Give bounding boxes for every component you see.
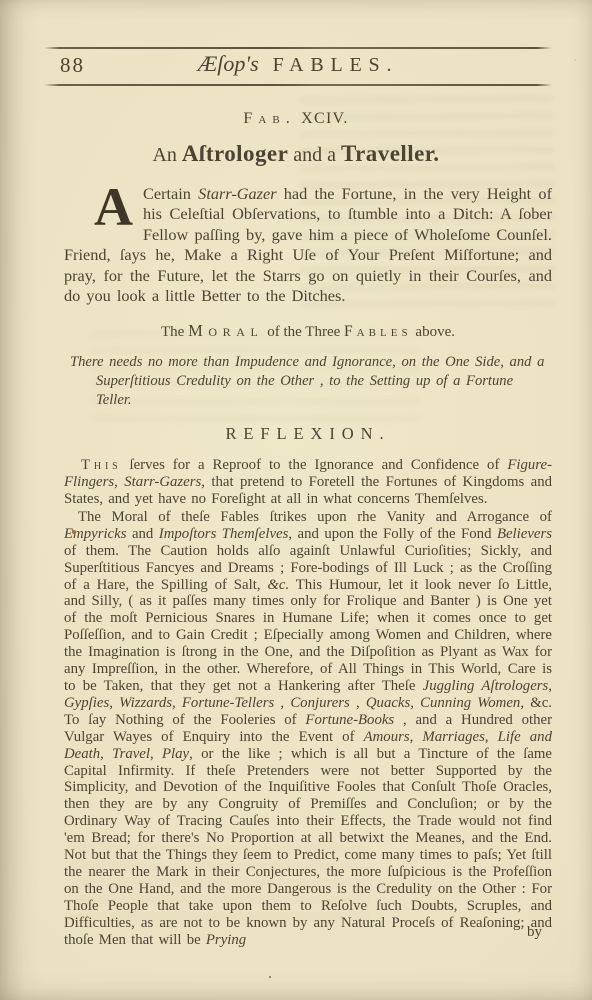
- reflexion-paragraph-2: The Moral of theſe Fables ſtrikes upon r…: [64, 509, 552, 949]
- header-rule-top: [44, 47, 552, 49]
- drop-cap-letter: A: [64, 184, 143, 228]
- fable-paragraph: ACertain Starr-Gazer had the Fortune, in…: [64, 184, 552, 306]
- reflexion-paragraph-1: This ſerves for a Reproof to the Ignoran…: [64, 457, 552, 508]
- running-title: Æſop's FABLES.: [44, 51, 552, 77]
- text-column: ACertain Starr-Gazer had the Fortune, in…: [64, 184, 552, 949]
- catchword: by: [527, 924, 542, 941]
- running-title-name: Æſop's: [198, 51, 259, 76]
- running-header: 88 Æſop's FABLES.: [44, 50, 552, 81]
- fable-title: An Aſtrologer and a Traveller.: [0, 141, 592, 167]
- header-rule-bottom: [44, 84, 552, 86]
- book-page-scan: 88 Æſop's FABLES. Fab. XCIV. An Aſtrolog…: [0, 0, 592, 1000]
- fable-number-heading: Fab. XCIV.: [0, 110, 592, 128]
- moral-paragraph: There needs no more than Impudence and I…: [70, 353, 552, 409]
- running-title-caps: FABLES.: [273, 54, 399, 76]
- paper-specks: [72, 530, 76, 534]
- moral-heading: The Moral of the Three Fables above.: [64, 321, 552, 341]
- reflexion-heading: REFLEXION.: [64, 424, 552, 444]
